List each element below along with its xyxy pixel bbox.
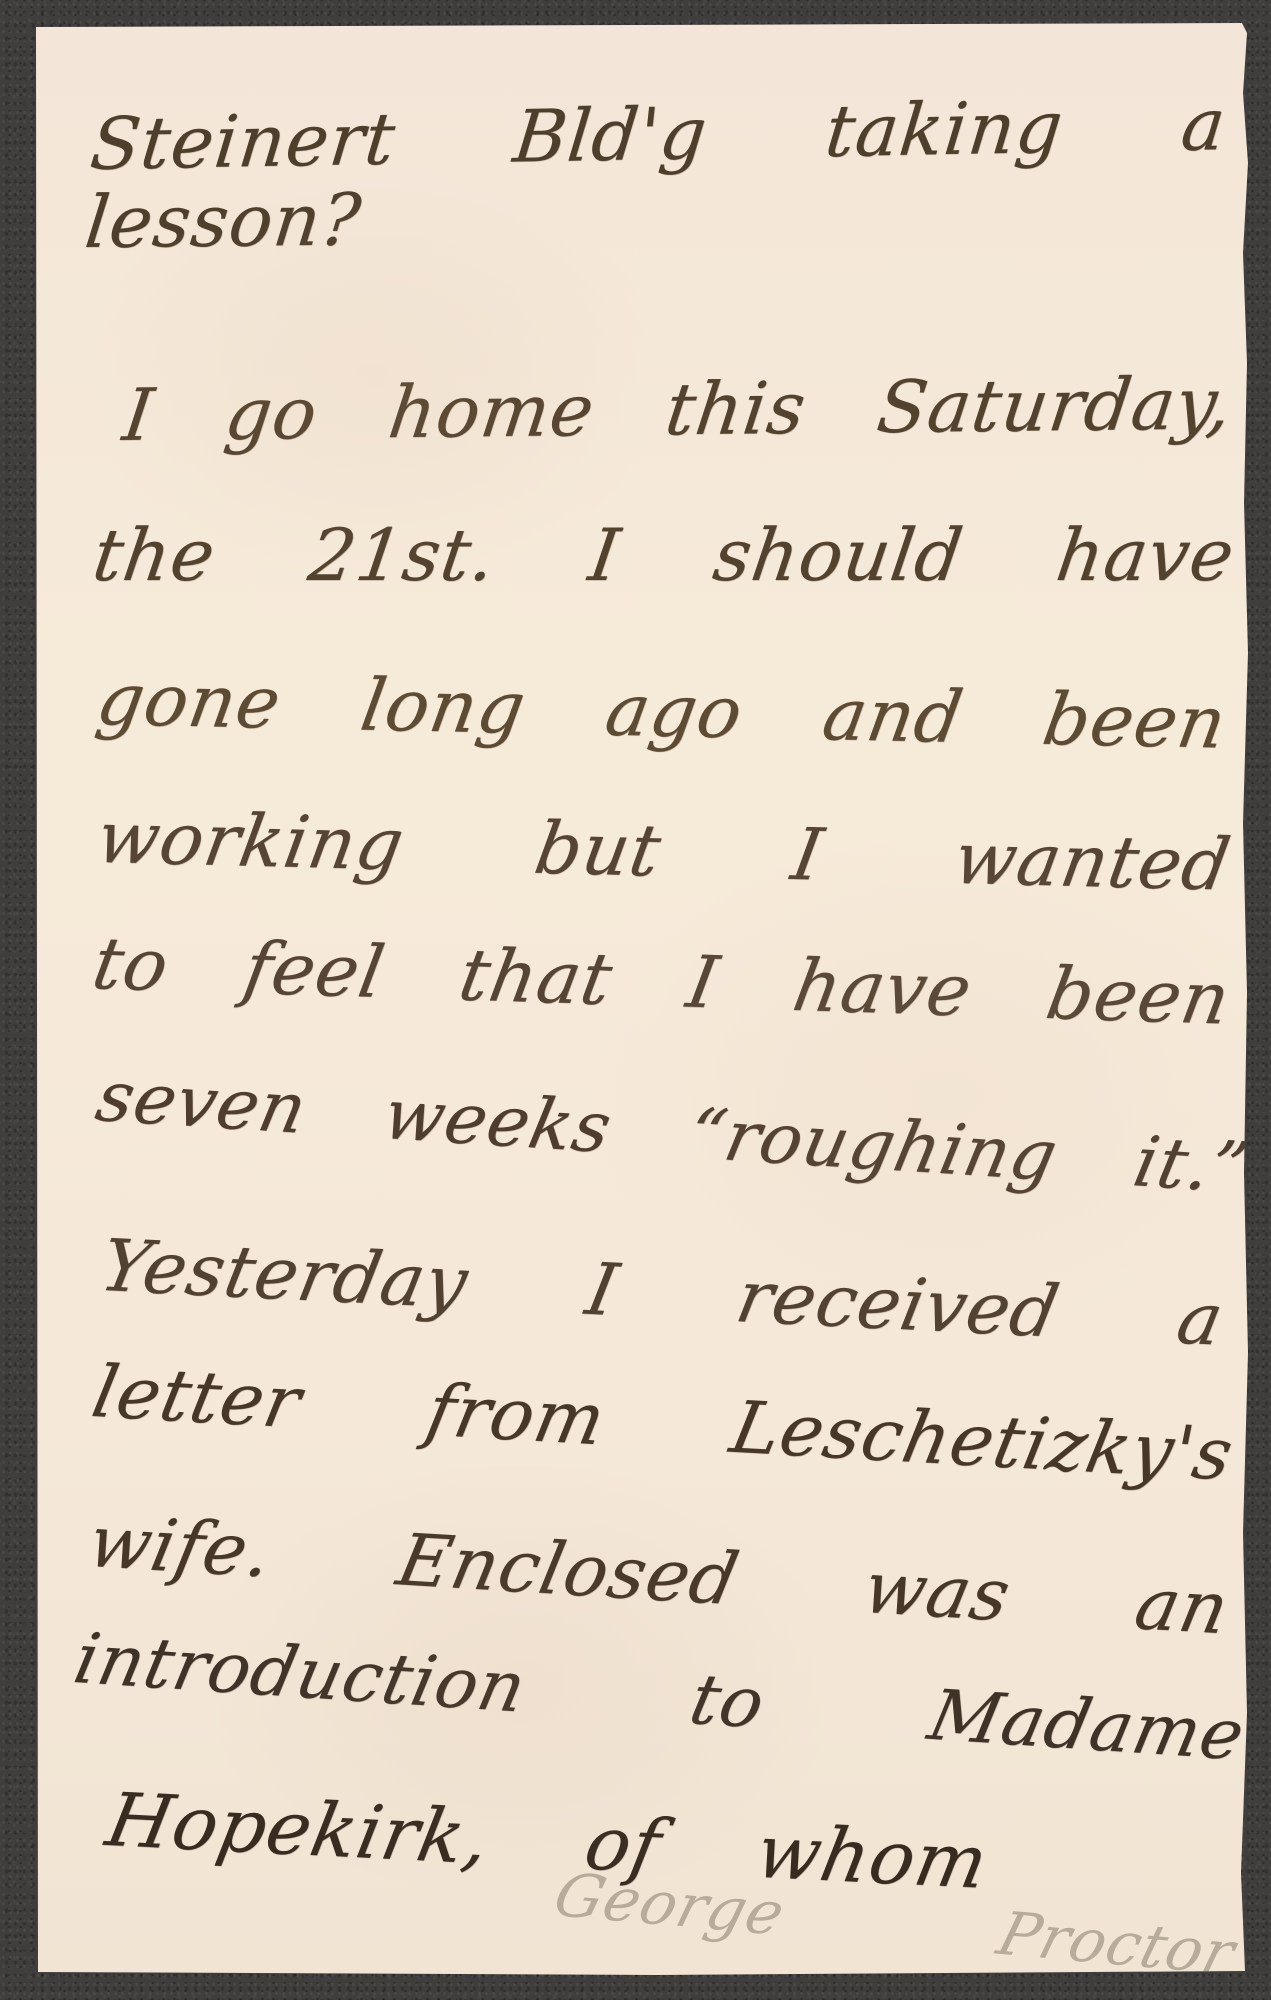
handwriting-line: lesson? [82, 184, 365, 258]
handwriting-line: introduction to Madame [69, 1623, 1251, 1770]
photo-backdrop: Steinert Bld'g taking a lesson? I go hom… [0, 0, 1271, 2000]
handwriting-line: the 21st. I should have [89, 519, 1239, 591]
handwriting-line: gone long ago and been [92, 663, 1231, 758]
handwriting-line: seven weeks “roughing it.” [91, 1061, 1255, 1203]
handwriting-line: to feel that I have been [88, 927, 1236, 1034]
handwriting-line: Hopekirk, of whom [101, 1783, 994, 1899]
handwriting-line: letter from Leschetizky's [87, 1355, 1239, 1490]
handwriting-line: wife. Enclosed was an [83, 1505, 1235, 1644]
handwriting-line: working but I wanted [92, 801, 1236, 900]
handwriting-line: Steinert Bld'g taking a [87, 88, 1229, 180]
letter-page: Steinert Bld'g taking a lesson? I go hom… [36, 23, 1248, 1975]
handwriting-line: Yesterday I received a [95, 1229, 1229, 1355]
handwriting-line: I go home this Saturday, [119, 367, 1236, 451]
